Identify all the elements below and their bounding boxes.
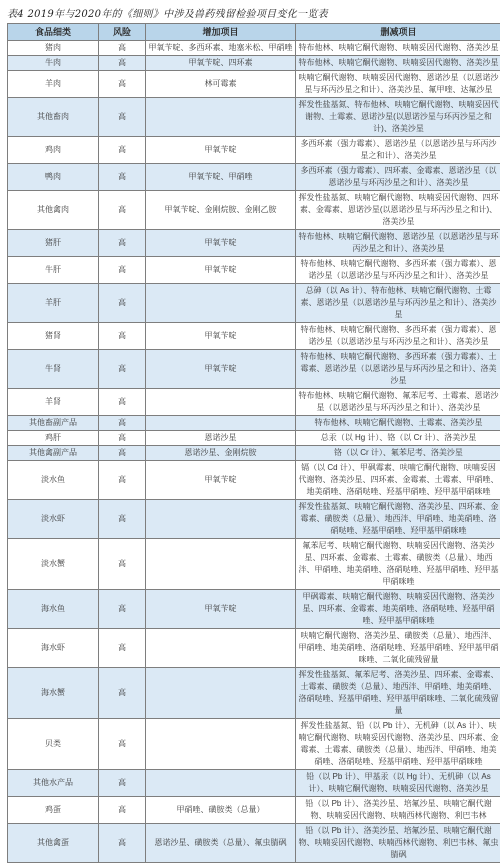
cell-risk: 高 — [99, 98, 146, 137]
cell-risk: 高 — [99, 539, 146, 590]
cell-added: 甲氧苄啶 — [146, 257, 296, 284]
table-row: 猪肉高甲氧苄啶、多西环素、地塞米松、甲硝唑特布他林、呋喃它酮代谢物、呋喃妥因代谢… — [8, 41, 500, 56]
cell-added: 甲氧苄啶 — [146, 137, 296, 164]
cell-category: 其他禽肉 — [8, 191, 99, 230]
cell-deleted: 特布他林、呋喃它酮代谢物、呋喃妥因代谢物、洛美沙星 — [296, 41, 500, 56]
table-row: 海水鱼高甲氧苄啶甲砜霉素、呋喃它酮代谢物、呋喃妥因代谢物、洛美沙星、四环素、金霉… — [8, 590, 500, 629]
cell-deleted: 呋喃它酮代谢物、洛美沙星、磺胺类（总量）、地西泮、甲硝唑、地美硝唑、洛硝哒唑、羟… — [296, 629, 500, 668]
cell-added: 甲氧苄啶 — [146, 590, 296, 629]
cell-risk: 高 — [99, 323, 146, 350]
cell-risk: 高 — [99, 71, 146, 98]
cell-added: 恩诺沙星、磺胺类（总量）、氟虫腈砜 — [146, 824, 296, 863]
cell-risk: 高 — [99, 164, 146, 191]
cell-deleted: 特布他林、呋喃它酮代谢物、多西环素（强力霉素）、恩诺沙星（以恩诺沙星与环丙沙星之… — [296, 323, 500, 350]
table-row: 羊肉高林可霉素呋喃它酮代谢物、呋喃妥因代谢物、恩诺沙星（以恩诺沙星与环丙沙星之和… — [8, 71, 500, 98]
cell-category: 海水蟹 — [8, 668, 99, 719]
cell-deleted: 铅（以 Pb 计）、洛美沙星、培氟沙星、呋喃它酮代谢物、呋喃妥因代谢物、呋喃西林… — [296, 797, 500, 824]
cell-risk: 高 — [99, 824, 146, 863]
cell-deleted: 挥发性盐基氮、氟苯尼考、洛美沙星、四环素、金霉素、土霉素、磺胺类（总量）、地西泮… — [296, 668, 500, 719]
cell-added: 林可霉素 — [146, 71, 296, 98]
cell-deleted: 特布他林、呋喃它酮代谢物、氟苯尼考、土霉素、恩诺沙星（以恩诺沙星与环丙沙星之和计… — [296, 389, 500, 416]
cell-risk: 高 — [99, 389, 146, 416]
cell-risk: 高 — [99, 590, 146, 629]
cell-added — [146, 770, 296, 797]
table-row: 贝类高挥发性盐基氮、铅（以 Pb 计）、无机砷（以 As 计）、呋喃它酮代谢物、… — [8, 719, 500, 770]
cell-risk: 高 — [99, 629, 146, 668]
table-row: 淡水虾高挥发性盐基氮、呋喃它酮代谢物、洛美沙星、四环素、金霉素、磺胺类（总量）、… — [8, 500, 500, 539]
cell-added — [146, 539, 296, 590]
cell-added: 恩诺沙星 — [146, 431, 296, 446]
table-row: 猪肝高甲氧苄啶特布他林、呋喃它酮代谢物、恩诺沙星（以恩诺沙星与环丙沙星之和计）、… — [8, 230, 500, 257]
cell-risk: 高 — [99, 137, 146, 164]
cell-deleted: 挥发性盐基氮、特布他林、呋喃它酮代谢物、呋喃妥因代谢物、土霉素、恩诺沙星(以恩诺… — [296, 98, 500, 137]
cell-risk: 高 — [99, 191, 146, 230]
cell-risk: 高 — [99, 41, 146, 56]
cell-added — [146, 668, 296, 719]
cell-category: 鸡蛋 — [8, 797, 99, 824]
cell-risk: 高 — [99, 416, 146, 431]
cell-added — [146, 284, 296, 323]
cell-category: 其他禽蛋 — [8, 824, 99, 863]
table-row: 其他禽副产品高恩诺沙星、金刚烷胺铬（以 Cr 计）、氟苯尼考、洛美沙星 — [8, 446, 500, 461]
cell-deleted: 镉（以 Cd 计）、甲砜霉素、呋喃它酮代谢物、呋喃妥因代谢物、洛美沙星、四环素、… — [296, 461, 500, 500]
cell-category: 羊肝 — [8, 284, 99, 323]
cell-category: 海水鱼 — [8, 590, 99, 629]
cell-category: 羊肉 — [8, 71, 99, 98]
cell-category: 淡水鱼 — [8, 461, 99, 500]
cell-category: 鸡肉 — [8, 137, 99, 164]
residue-change-table: 食品细类风险增加项目删减项目 猪肉高甲氧苄啶、多西环素、地塞米松、甲硝唑特布他林… — [7, 23, 500, 863]
column-header-deleted: 删减项目 — [296, 24, 500, 41]
cell-risk: 高 — [99, 257, 146, 284]
table-row: 淡水鱼高甲氧苄啶镉（以 Cd 计）、甲砜霉素、呋喃它酮代谢物、呋喃妥因代谢物、洛… — [8, 461, 500, 500]
table-row: 牛肝高甲氧苄啶特布他林、呋喃它酮代谢物、多西环素（强力霉素）、恩诺沙星（以恩诺沙… — [8, 257, 500, 284]
table-row: 其他禽肉高甲氧苄啶、金刚烷胺、金刚乙胺挥发性盐基氮、呋喃它酮代谢物、呋喃妥因代谢… — [8, 191, 500, 230]
table-row: 其他水产品高铅（以 Pb 计）、甲基汞（以 Hg 计）、无机砷（以 As 计）、… — [8, 770, 500, 797]
cell-risk: 高 — [99, 230, 146, 257]
cell-risk: 高 — [99, 350, 146, 389]
cell-risk: 高 — [99, 668, 146, 719]
cell-risk: 高 — [99, 284, 146, 323]
cell-category: 牛肾 — [8, 350, 99, 389]
cell-added — [146, 500, 296, 539]
cell-category: 其他禽副产品 — [8, 446, 99, 461]
column-header-added: 增加项目 — [146, 24, 296, 41]
cell-category: 淡水蟹 — [8, 539, 99, 590]
table-row: 淡水蟹高氟苯尼考、呋喃它酮代谢物、呋喃妥因代谢物、洛美沙星、四环素、金霉素、土霉… — [8, 539, 500, 590]
cell-deleted: 总汞（以 Hg 计）、铬（以 Cr 计）、洛美沙星 — [296, 431, 500, 446]
cell-added: 甲氧苄啶、甲硝唑 — [146, 164, 296, 191]
cell-added: 甲氧苄啶、多西环素、地塞米松、甲硝唑 — [146, 41, 296, 56]
cell-risk: 高 — [99, 56, 146, 71]
table-row: 牛肉高甲氧苄啶、四环素特布他林、呋喃它酮代谢物、呋喃妥因代谢物、洛美沙星 — [8, 56, 500, 71]
cell-deleted: 呋喃它酮代谢物、呋喃妥因代谢物、恩诺沙星（以恩诺沙星与环丙沙星之和计）、洛美沙星… — [296, 71, 500, 98]
cell-category: 其他畜副产品 — [8, 416, 99, 431]
cell-deleted: 甲砜霉素、呋喃它酮代谢物、呋喃妥因代谢物、洛美沙星、四环素、金霉素、地美硝唑、洛… — [296, 590, 500, 629]
cell-deleted: 挥发性盐基氮、呋喃它酮代谢物、洛美沙星、四环素、金霉素、磺胺类（总量）、地西泮、… — [296, 500, 500, 539]
cell-category: 其他水产品 — [8, 770, 99, 797]
cell-deleted: 多西环素（强力霉素）、恩诺沙星（以恩诺沙星与环丙沙星之和计）、洛美沙星 — [296, 137, 500, 164]
cell-risk: 高 — [99, 461, 146, 500]
cell-risk: 高 — [99, 446, 146, 461]
cell-category: 淡水虾 — [8, 500, 99, 539]
table-row: 其他畜副产品高特布他林、呋喃它酮代谢物、土霉素、洛美沙星 — [8, 416, 500, 431]
cell-category: 猪肾 — [8, 323, 99, 350]
cell-category: 猪肝 — [8, 230, 99, 257]
cell-deleted: 特布他林、呋喃它酮代谢物、多西环素（强力霉素）、恩诺沙星（以恩诺沙星与环丙沙星之… — [296, 257, 500, 284]
cell-added: 甲氧苄啶 — [146, 230, 296, 257]
cell-added — [146, 416, 296, 431]
cell-risk: 高 — [99, 431, 146, 446]
cell-risk: 高 — [99, 770, 146, 797]
table-row: 海水虾高呋喃它酮代谢物、洛美沙星、磺胺类（总量）、地西泮、甲硝唑、地美硝唑、洛硝… — [8, 629, 500, 668]
table-row: 鸡蛋高甲硝唑、磺胺类（总量）铅（以 Pb 计）、洛美沙星、培氟沙星、呋喃它酮代谢… — [8, 797, 500, 824]
cell-deleted: 挥发性盐基氮、呋喃它酮代谢物、呋喃妥因代谢物、四环素、金霉素、恩诺沙星(以恩诺沙… — [296, 191, 500, 230]
cell-category: 贝类 — [8, 719, 99, 770]
header-row: 食品细类风险增加项目删减项目 — [8, 24, 500, 41]
cell-deleted: 多西环素（强力霉素）、四环素、金霉素、恩诺沙星（以恩诺沙星与环丙沙星之和计）、洛… — [296, 164, 500, 191]
cell-deleted: 总砷（以 As 计）、特布他林、呋喃它酮代谢物、土霉素、恩诺沙星（以恩诺沙星与环… — [296, 284, 500, 323]
cell-deleted: 铅（以 Pb 计）、洛美沙星、培氟沙星、呋喃它酮代谢物、呋喃妥因代谢物、呋喃西林… — [296, 824, 500, 863]
cell-category: 牛肉 — [8, 56, 99, 71]
cell-added — [146, 98, 296, 137]
cell-added — [146, 719, 296, 770]
cell-deleted: 铅（以 Pb 计）、甲基汞（以 Hg 计）、无机砷（以 As 计）、呋喃它酮代谢… — [296, 770, 500, 797]
cell-added — [146, 389, 296, 416]
column-header-category: 食品细类 — [8, 24, 99, 41]
table-row: 鸡肉高甲氧苄啶多西环素（强力霉素）、恩诺沙星（以恩诺沙星与环丙沙星之和计）、洛美… — [8, 137, 500, 164]
cell-added: 甲氧苄啶、金刚烷胺、金刚乙胺 — [146, 191, 296, 230]
cell-deleted: 挥发性盐基氮、铅（以 Pb 计）、无机砷（以 As 计）、呋喃它酮代谢物、呋喃妥… — [296, 719, 500, 770]
cell-category: 羊肾 — [8, 389, 99, 416]
table-row: 猪肾高甲氧苄啶特布他林、呋喃它酮代谢物、多西环素（强力霉素）、恩诺沙星（以恩诺沙… — [8, 323, 500, 350]
column-header-risk: 风险 — [99, 24, 146, 41]
cell-risk: 高 — [99, 500, 146, 539]
cell-added: 甲氧苄啶、四环素 — [146, 56, 296, 71]
cell-added: 甲氧苄啶 — [146, 350, 296, 389]
cell-added: 甲氧苄啶 — [146, 323, 296, 350]
cell-category: 海水虾 — [8, 629, 99, 668]
cell-deleted: 特布他林、呋喃它酮代谢物、呋喃妥因代谢物、洛美沙星 — [296, 56, 500, 71]
table-row: 羊肝高总砷（以 As 计）、特布他林、呋喃它酮代谢物、土霉素、恩诺沙星（以恩诺沙… — [8, 284, 500, 323]
table-title: 表4 2019年与2020年的《细则》中涉及兽药残留检验项目变化一览表 — [0, 2, 500, 23]
cell-category: 鸭肉 — [8, 164, 99, 191]
table-body: 猪肉高甲氧苄啶、多西环素、地塞米松、甲硝唑特布他林、呋喃它酮代谢物、呋喃妥因代谢… — [8, 41, 500, 863]
cell-deleted: 铬（以 Cr 计）、氟苯尼考、洛美沙星 — [296, 446, 500, 461]
cell-deleted: 特布他林、呋喃它酮代谢物、土霉素、洛美沙星 — [296, 416, 500, 431]
cell-category: 牛肝 — [8, 257, 99, 284]
table-row: 海水蟹高挥发性盐基氮、氟苯尼考、洛美沙星、四环素、金霉素、土霉素、磺胺类（总量）… — [8, 668, 500, 719]
cell-added: 甲硝唑、磺胺类（总量） — [146, 797, 296, 824]
cell-added: 恩诺沙星、金刚烷胺 — [146, 446, 296, 461]
cell-category: 猪肉 — [8, 41, 99, 56]
table-row: 鸡肝高恩诺沙星总汞（以 Hg 计）、铬（以 Cr 计）、洛美沙星 — [8, 431, 500, 446]
table-row: 羊肾高特布他林、呋喃它酮代谢物、氟苯尼考、土霉素、恩诺沙星（以恩诺沙星与环丙沙星… — [8, 389, 500, 416]
cell-risk: 高 — [99, 719, 146, 770]
cell-deleted: 氟苯尼考、呋喃它酮代谢物、呋喃妥因代谢物、洛美沙星、四环素、金霉素、土霉素、磺胺… — [296, 539, 500, 590]
cell-risk: 高 — [99, 797, 146, 824]
table-row: 其他畜肉高挥发性盐基氮、特布他林、呋喃它酮代谢物、呋喃妥因代谢物、土霉素、恩诺沙… — [8, 98, 500, 137]
table-row: 其他禽蛋高恩诺沙星、磺胺类（总量）、氟虫腈砜铅（以 Pb 计）、洛美沙星、培氟沙… — [8, 824, 500, 863]
cell-added: 甲氧苄啶 — [146, 461, 296, 500]
cell-added — [146, 629, 296, 668]
cell-category: 鸡肝 — [8, 431, 99, 446]
document-page: 表4 2019年与2020年的《细则》中涉及兽药残留检验项目变化一览表 食品细类… — [0, 0, 500, 867]
table-row: 鸭肉高甲氧苄啶、甲硝唑多西环素（强力霉素）、四环素、金霉素、恩诺沙星（以恩诺沙星… — [8, 164, 500, 191]
cell-category: 其他畜肉 — [8, 98, 99, 137]
cell-deleted: 特布他林、呋喃它酮代谢物、恩诺沙星（以恩诺沙星与环丙沙星之和计）、洛美沙星 — [296, 230, 500, 257]
cell-deleted: 特布他林、呋喃它酮代谢物、多西环素（强力霉素）、土霉素、恩诺沙星（以恩诺沙星与环… — [296, 350, 500, 389]
table-row: 牛肾高甲氧苄啶特布他林、呋喃它酮代谢物、多西环素（强力霉素）、土霉素、恩诺沙星（… — [8, 350, 500, 389]
